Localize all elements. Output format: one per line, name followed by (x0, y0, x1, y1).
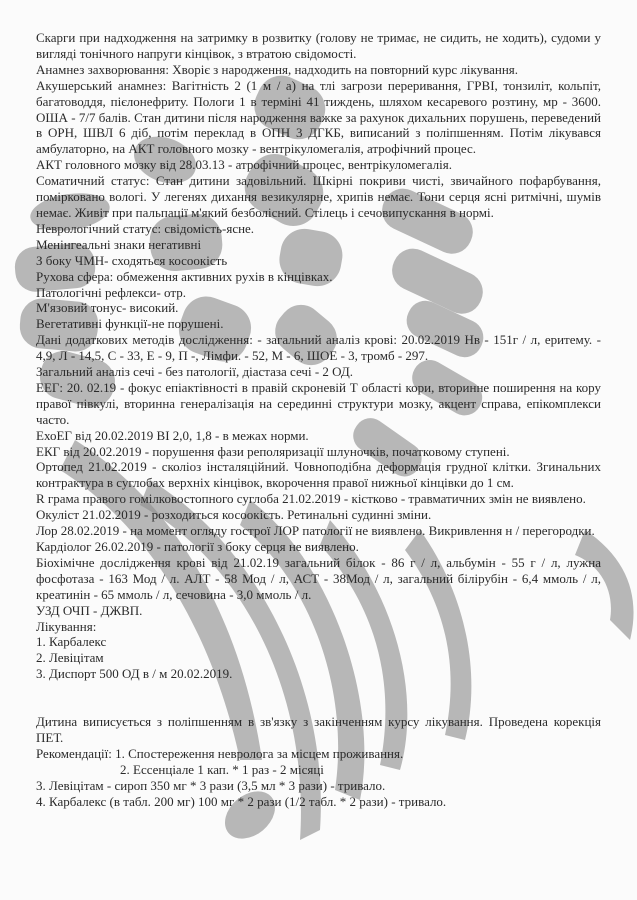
recommendation-line: 2. Ессенціале 1 кап. * 1 раз - 2 місяці (36, 762, 601, 778)
ecg-line: ЕКГ від 20.02.2019 - порушення фази репо… (36, 444, 601, 460)
muscle-tone-line: М'язовий тонус- високий. (36, 300, 601, 316)
ct-brain-paragraph: АКТ головного мозку від 28.03.13 - атроф… (36, 157, 601, 173)
echo-eg-line: ЕхоЕГ від 20.02.2019 ВІ 2,0, 1,8 - в меж… (36, 428, 601, 444)
ultrasound-line: УЗД ОЧП - ДЖВП. (36, 603, 601, 619)
recommendation-line: Рекомендації: 1. Спостереження невролога… (36, 746, 601, 762)
discharge-paragraph: Дитина виписується з поліпшенням в зв'яз… (36, 714, 601, 746)
vegetative-functions-line: Вегетативні функції-не порушені. (36, 316, 601, 332)
eeg-paragraph: ЕЕГ: 20. 02.19 - фокус епіактівності в п… (36, 380, 601, 428)
treatment-heading: Лікування: (36, 619, 601, 635)
treatment-item: 1. Карбалекс (36, 634, 601, 650)
recommendation-line: 4. Карбалекс (в табл. 200 мг) 100 мг * 2… (36, 794, 601, 810)
motor-sphere-line: Рухова сфера: обмеження активних рухів в… (36, 269, 601, 285)
orthopedist-paragraph: Ортопед 21.02.2019 - сколіоз інсталяційн… (36, 459, 601, 491)
cardiologist-line: Кардіолог 26.02.2019 - патології з боку … (36, 539, 601, 555)
disease-history-paragraph: Анамнез захворювання: Хворіє з народженн… (36, 62, 601, 78)
biochemistry-paragraph: Біохімічне дослідження крові від 21.02.1… (36, 555, 601, 603)
pathologic-reflexes-line: Патологічні рефлекси- отр. (36, 285, 601, 301)
blood-test-paragraph: Дані додаткових методів дослідження: - з… (36, 332, 601, 364)
ophthalmologist-line: Окуліст 21.02.2019 - розходиться косоокі… (36, 507, 601, 523)
spacer (36, 682, 601, 714)
discharge-summary-document: Скарги при надходження на затримку в роз… (36, 30, 601, 810)
meningeal-signs-line: Менінгеальні знаки негативні (36, 237, 601, 253)
somatic-status-paragraph: Соматичний статус: Стан дитини задовільн… (36, 173, 601, 221)
neuro-status-line: Неврологічний статус: свідомість-ясне. (36, 221, 601, 237)
recommendation-line: 3. Левіцітам - сироп 350 мг * 3 рази (3,… (36, 778, 601, 794)
treatment-item: 3. Диспорт 500 ОД в / м 20.02.2019. (36, 666, 601, 682)
cranial-nerves-line: З боку ЧМН- сходяться косоокість (36, 253, 601, 269)
urine-test-line: Загальний аналіз сечі - без патології, д… (36, 364, 601, 380)
ent-paragraph: Лор 28.02.2019 - на момент огляду гостро… (36, 523, 601, 539)
treatment-item: 2. Левіцітам (36, 650, 601, 666)
xray-paragraph: R грама правого гомілковостопного суглоб… (36, 491, 601, 507)
obstetric-history-paragraph: Акушерський анамнез: Вагітність 2 (1 м /… (36, 78, 601, 158)
complaints-paragraph: Скарги при надходження на затримку в роз… (36, 30, 601, 62)
